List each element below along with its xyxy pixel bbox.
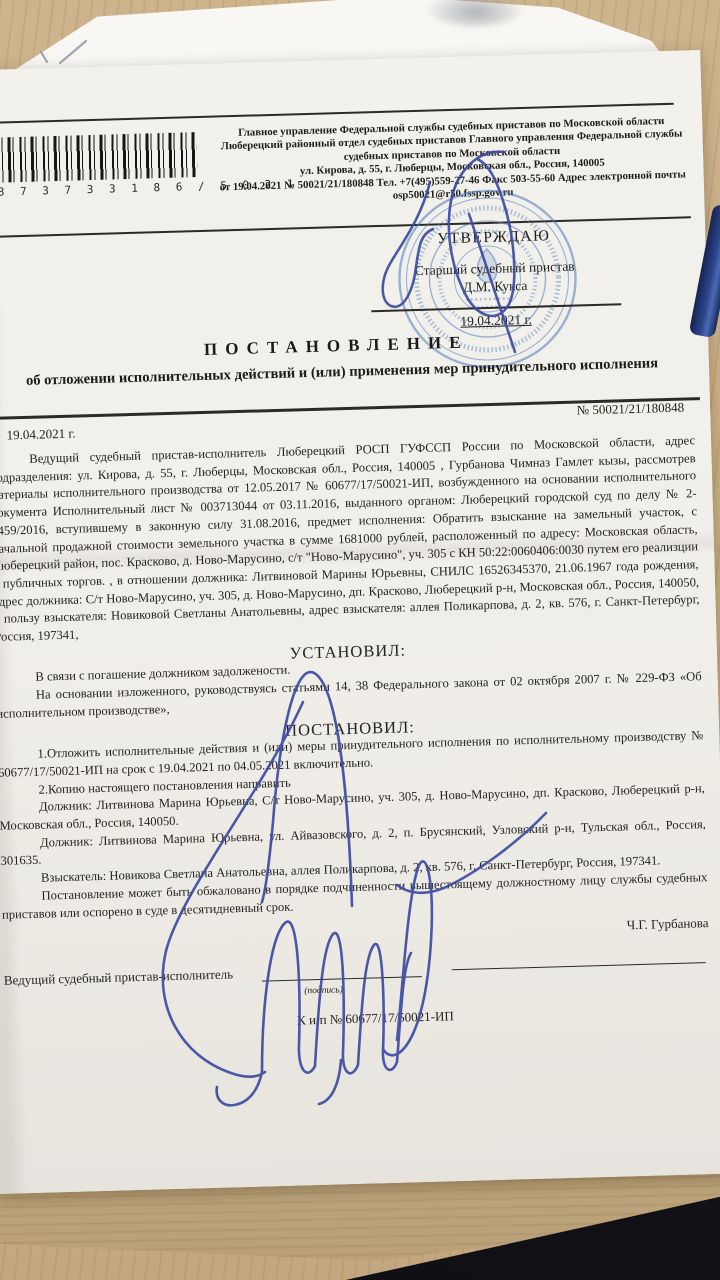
photo-of-document: 3 7 3 7 3 3 1 8 6 / 5 0 2 1 Главное упра… bbox=[0, 0, 720, 1280]
document-number: № 50021/21/180848 bbox=[577, 400, 685, 419]
preamble-paragraph: Ведущий судебный пристав-исполнитель Люб… bbox=[0, 432, 700, 646]
signature-caption: (подпись) bbox=[304, 982, 343, 1001]
signature-line-right bbox=[452, 962, 706, 970]
document-date: 19.04.2021 г. bbox=[6, 426, 75, 444]
barcode: 3 7 3 7 3 3 1 8 6 / 5 0 2 1 bbox=[0, 132, 198, 199]
document-body: Ведущий судебный пристав-исполнитель Люб… bbox=[0, 432, 711, 1037]
approval-block: УТВЕРЖДАЮ Старший судебный пристав Д.М. … bbox=[306, 224, 684, 334]
signer-title: Ведущий судебный пристав-исполнитель bbox=[4, 965, 234, 989]
signature-line bbox=[262, 976, 422, 981]
barcode-bars-icon bbox=[0, 132, 198, 183]
barcode-digits: 3 7 3 7 3 3 1 8 6 / 5 0 2 1 bbox=[0, 180, 198, 199]
case-reference: К и/п № 60677/17/50021-ИП bbox=[297, 1000, 711, 1029]
document-paper: 3 7 3 7 3 3 1 8 6 / 5 0 2 1 Главное упра… bbox=[0, 50, 720, 1194]
approve-label: УТВЕРЖДАЮ bbox=[306, 224, 681, 252]
